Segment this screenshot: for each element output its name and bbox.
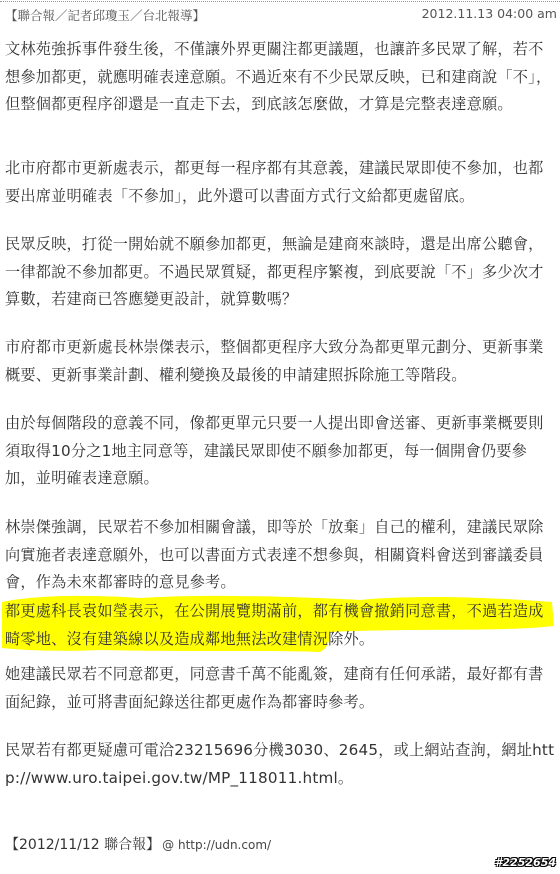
article-paragraph: 由於每個階段的意義不同，像都更單元只要一人提出即會送審、更新事業概要則須取得10… xyxy=(5,410,557,493)
top-dotted-divider xyxy=(0,1,560,2)
source-attribution: 【2012/11/12 聯合報】@ http://udn.com/ xyxy=(5,834,271,854)
source-label: 【2012/11/12 聯合報】 xyxy=(5,837,160,853)
post-id-watermark: #2252654 xyxy=(495,856,556,869)
source-url-link[interactable]: @ http://udn.com/ xyxy=(162,838,271,852)
article-paragraph: 林崇傑強調，民眾若不參加相關會議，即等於「放棄」自己的權利，建議民眾除向實施者表… xyxy=(5,514,557,597)
article-paragraph: 市府都市更新處長林崇傑表示，整個都更程序大致分為都更單元劃分、更新事業概要、更新… xyxy=(5,334,557,389)
article-paragraph: 文林苑強拆事件發生後，不僅讓外界更關注都更議題，也讓許多民眾了解，若不想參加都更… xyxy=(5,36,557,119)
article-timestamp: 2012.11.13 04:00 am xyxy=(422,6,557,21)
contact-paragraph: 民眾若有都更疑慮可電洽23215696分機3030、2645，或上網站查詢，網址… xyxy=(5,737,557,792)
highlighted-paragraph: 都更處科長袁如瑩表示，在公開展覽期滿前，都有機會撤銷同意書，不過若造成畸零地、沒… xyxy=(5,598,557,653)
article-paragraph: 北市府都市更新處表示，都更每一程序都有其意義，建議民眾即使不參加，也都要出席並明… xyxy=(5,155,557,210)
article-paragraph: 她建議民眾若不同意都更，同意書千萬不能亂簽，建商有任何承諾，最好都有書面紀錄，並… xyxy=(5,661,557,716)
article-byline: 【聯合報／記者邱瓊玉／台北報導】 xyxy=(5,6,205,24)
article-paragraph: 民眾反映，打從一開始就不願參加都更，無論是建商來談時，還是出席公聽會，一律都說不… xyxy=(5,231,557,314)
